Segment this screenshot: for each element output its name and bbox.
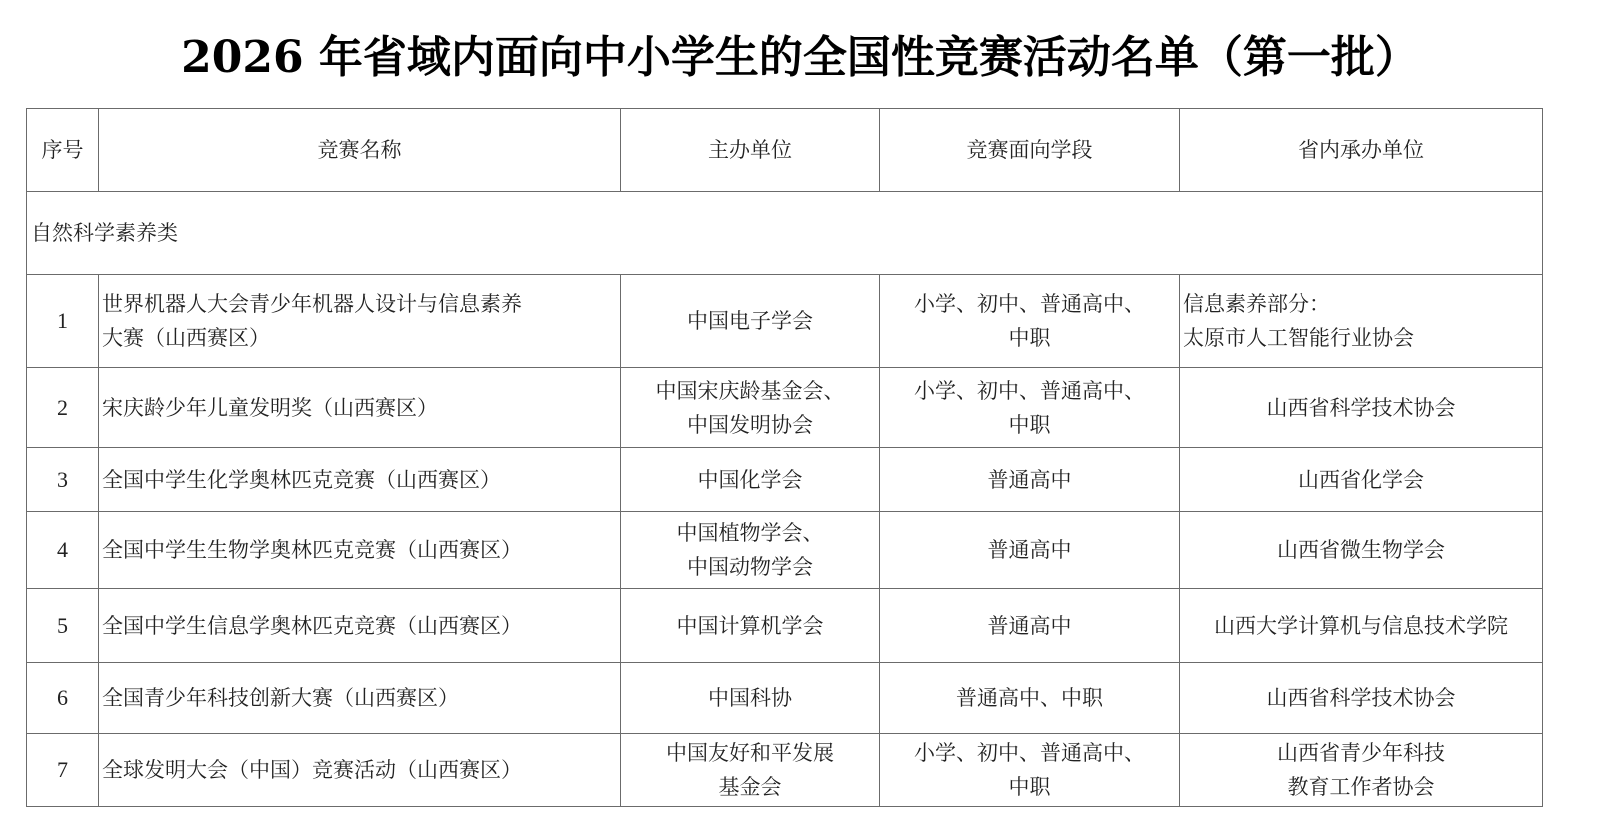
competition-name: 全国青少年科技创新大赛（山西赛区） [99,663,621,734]
table-row: 2 宋庆龄少年儿童发明奖（山西赛区） 中国宋庆龄基金会、 中国发明协会 小学、初… [27,368,1543,448]
category-row: 自然科学素养类 [27,192,1543,275]
organizer: 中国宋庆龄基金会、 中国发明协会 [621,368,880,448]
host-organization: 信息素养部分： 太原市人工智能行业协会 [1180,275,1543,368]
row-index: 7 [27,734,99,807]
header-name: 竞赛名称 [99,109,621,192]
organizer: 中国科协 [621,663,880,734]
school-level: 小学、初中、普通高中、 中职 [880,275,1180,368]
table-row: 3 全国中学生化学奥林匹克竞赛（山西赛区） 中国化学会 普通高中 山西省化学会 [27,448,1543,512]
row-index: 2 [27,368,99,448]
school-level: 普通高中、中职 [880,663,1180,734]
competition-name: 宋庆龄少年儿童发明奖（山西赛区） [99,368,621,448]
competition-name: 世界机器人大会青少年机器人设计与信息素养 大赛（山西赛区） [99,275,621,368]
row-index: 1 [27,275,99,368]
competition-table: 序号 竞赛名称 主办单位 竞赛面向学段 省内承办单位 自然科学素养类 1 世界机… [26,108,1543,807]
document-title: 2026 年省域内面向中小学生的全国性竞赛活动名单（第一批） [0,28,1600,88]
table-row: 5 全国中学生信息学奥林匹克竞赛（山西赛区） 中国计算机学会 普通高中 山西大学… [27,589,1543,663]
host-organization: 山西省科学技术协会 [1180,663,1543,734]
school-level: 普通高中 [880,589,1180,663]
row-index: 3 [27,448,99,512]
row-index: 5 [27,589,99,663]
host-organization: 山西省微生物学会 [1180,512,1543,589]
competition-name: 全球发明大会（中国）竞赛活动（山西赛区） [99,734,621,807]
competition-name: 全国中学生生物学奥林匹克竞赛（山西赛区） [99,512,621,589]
organizer: 中国植物学会、 中国动物学会 [621,512,880,589]
host-organization: 山西省化学会 [1180,448,1543,512]
school-level: 普通高中 [880,448,1180,512]
category-label: 自然科学素养类 [27,192,1543,275]
school-level: 小学、初中、普通高中、 中职 [880,368,1180,448]
host-organization: 山西省科学技术协会 [1180,368,1543,448]
table-row: 1 世界机器人大会青少年机器人设计与信息素养 大赛（山西赛区） 中国电子学会 小… [27,275,1543,368]
table-row: 6 全国青少年科技创新大赛（山西赛区） 中国科协 普通高中、中职 山西省科学技术… [27,663,1543,734]
header-index: 序号 [27,109,99,192]
host-organization: 山西大学计算机与信息技术学院 [1180,589,1543,663]
row-index: 4 [27,512,99,589]
organizer: 中国友好和平发展 基金会 [621,734,880,807]
table-row: 4 全国中学生生物学奥林匹克竞赛（山西赛区） 中国植物学会、 中国动物学会 普通… [27,512,1543,589]
school-level: 普通高中 [880,512,1180,589]
school-level: 小学、初中、普通高中、 中职 [880,734,1180,807]
organizer: 中国计算机学会 [621,589,880,663]
row-index: 6 [27,663,99,734]
header-host: 省内承办单位 [1180,109,1543,192]
table-header-row: 序号 竞赛名称 主办单位 竞赛面向学段 省内承办单位 [27,109,1543,192]
organizer: 中国化学会 [621,448,880,512]
organizer: 中国电子学会 [621,275,880,368]
competition-name: 全国中学生信息学奥林匹克竞赛（山西赛区） [99,589,621,663]
header-organizer: 主办单位 [621,109,880,192]
table-row: 7 全球发明大会（中国）竞赛活动（山西赛区） 中国友好和平发展 基金会 小学、初… [27,734,1543,807]
header-level: 竞赛面向学段 [880,109,1180,192]
competition-name: 全国中学生化学奥林匹克竞赛（山西赛区） [99,448,621,512]
host-organization: 山西省青少年科技 教育工作者协会 [1180,734,1543,807]
